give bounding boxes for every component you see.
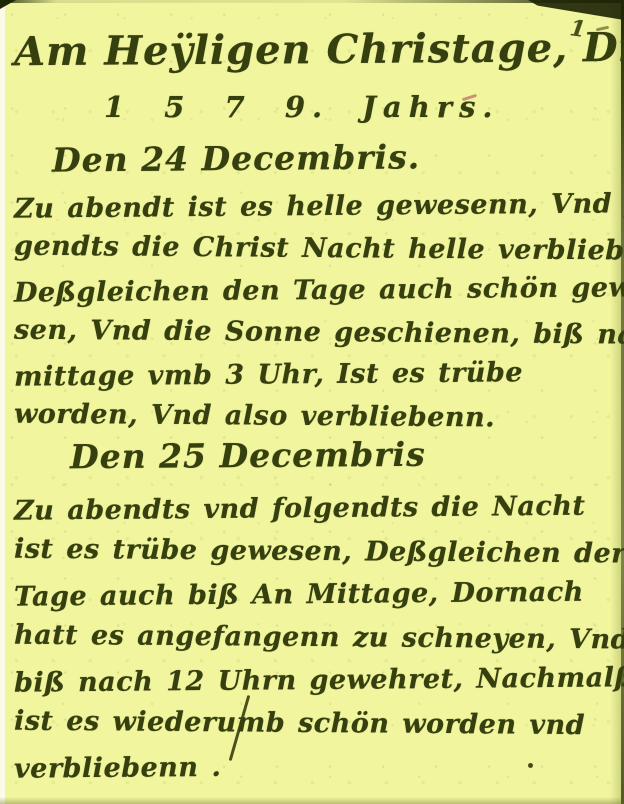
- entry-heading-dec25: Den 25 Decembris: [70, 435, 426, 476]
- entry-paragraph-dec24: Zu abendt ist es helle gewesenn, Vnd fol…: [14, 186, 618, 438]
- manuscript-page: 1 Am Heÿligen Christage, Diß 1 5 7 9. Ja…: [0, 0, 624, 804]
- manuscript-line: biß nach 12 Uhrn gewehret, Nachmalß: [14, 656, 618, 704]
- manuscript-line: Tage auch biß An Mittage, Dornach: [14, 570, 618, 618]
- manuscript-line: worden, Vnd also verbliebenn.: [14, 394, 618, 441]
- bottom-edge-shadow: [0, 797, 624, 804]
- ink-dot: [528, 763, 533, 768]
- manuscript-line: ist es trübe gewesen, Deßgleichen der: [14, 528, 618, 576]
- manuscript-line: ist es wiederumb schön worden vnd: [14, 700, 618, 748]
- page-title-line1: Am Heÿligen Christage, Diß: [14, 24, 624, 76]
- left-edge-strip: [0, 0, 5, 804]
- manuscript-line: Zu abendt ist es helle gewesenn, Vnd fol…: [14, 183, 618, 230]
- manuscript-line: gendts die Christ Nacht helle verblieben…: [14, 226, 618, 273]
- entry-heading-dec24: Den 24 Decembris.: [52, 137, 421, 179]
- manuscript-line: mittage vmb 3 Uhr, Ist es trübe: [14, 351, 618, 398]
- manuscript-line: hatt es angefangenn zu schneyen, Vnd: [14, 614, 618, 662]
- entry-paragraph-dec25: Zu abendts vnd folgendts die Nacht ist e…: [14, 487, 618, 788]
- manuscript-line: sen, Vnd die Sonne geschienen, biß nach: [14, 310, 618, 357]
- manuscript-line: Deßgleichen den Tage auch schön gewe-: [14, 267, 618, 314]
- manuscript-line: Zu abendts vnd folgendts die Nacht: [14, 484, 618, 532]
- page-title-year-line: 1 5 7 9. Jahrs.: [104, 90, 500, 124]
